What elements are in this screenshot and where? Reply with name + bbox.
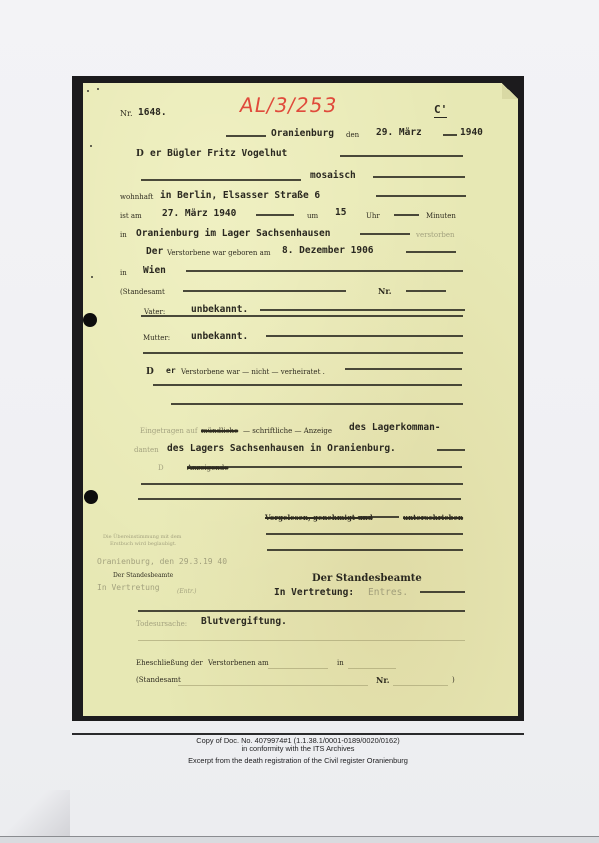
- father-value: unbekannt.: [191, 304, 248, 315]
- registration-year: 1940: [460, 127, 483, 138]
- attestation-struck: Vorgelesen, genehmigt und: [265, 513, 373, 522]
- anzeigende-prefix: D: [158, 464, 164, 472]
- minuten-label: Minuten: [426, 212, 456, 220]
- birth-date: 8. Dezember 1906: [282, 245, 374, 256]
- certification-line2: Erstbuch wird beglaubigt.: [110, 541, 176, 547]
- footer-conformity: in conformity with the ITS Archives: [72, 744, 524, 753]
- religion-value: mosaisch: [310, 170, 356, 181]
- certification-line1: Die Übereinstimmung mit dem: [103, 534, 181, 540]
- fill-line: [141, 179, 301, 181]
- fill-line: [443, 134, 457, 136]
- marriage-standesamt-label: (Standesamt: [136, 676, 181, 684]
- mother-label: Mutter:: [143, 334, 170, 342]
- birth-place: Wien: [143, 265, 166, 276]
- verstorben-label: verstorben: [416, 231, 455, 239]
- den-label: den: [346, 131, 359, 139]
- marriage-label2: Verstorbenen am: [208, 659, 269, 667]
- certification-signature: (Entr.): [177, 588, 196, 595]
- report-value-line2: des Lagers Sachsenhausen in Oranienburg.: [167, 443, 396, 454]
- death-date-label: ist am: [120, 212, 142, 220]
- fill-line: [394, 214, 419, 216]
- page-fold-shadow: [0, 790, 70, 836]
- fill-line: [256, 214, 294, 216]
- cause-of-death-value: Blutvergiftung.: [201, 616, 287, 627]
- paper-speck: [91, 276, 93, 278]
- fill-line: [141, 483, 463, 485]
- deputy-label: In Vertretung:: [274, 587, 354, 598]
- fill-line: [406, 290, 446, 292]
- marriage-in-label: in: [337, 659, 344, 667]
- fill-line: [267, 549, 463, 551]
- fill-line: [340, 155, 463, 157]
- folded-corner: [502, 83, 518, 99]
- birth-label: Verstorbene war geboren am: [167, 249, 270, 257]
- fill-line: [226, 135, 266, 137]
- number-label: Nr.: [120, 109, 133, 118]
- archive-reference-stamp: AL/3/253: [238, 93, 339, 117]
- fill-line: [266, 533, 463, 535]
- um-label: um: [307, 212, 318, 220]
- person-name: er Bügler Fritz Vogelhut: [150, 148, 287, 159]
- attestation-struck-end: unterschrieben: [403, 513, 463, 522]
- fill-line: [138, 498, 461, 500]
- fill-line: [373, 176, 465, 178]
- death-certificate-paper: Nr. 1648. AL/3/253 C' Oranienburg den 29…: [83, 83, 518, 716]
- fill-line: [348, 668, 396, 669]
- fill-line: [183, 290, 346, 292]
- footer-excerpt-description: Excerpt from the death registration of t…: [72, 756, 524, 765]
- marital-suffix: er: [166, 366, 176, 375]
- marriage-label: Eheschließung der: [136, 659, 203, 667]
- footer-divider: [72, 733, 524, 735]
- mother-value: unbekannt.: [191, 331, 248, 342]
- paper-speck: [97, 88, 99, 90]
- marriage-close-paren: ): [452, 676, 455, 684]
- marital-text: Verstorbene war — nicht — verheiratet .: [181, 368, 325, 376]
- register-number: 1648.: [138, 107, 167, 118]
- fill-line: [360, 233, 410, 235]
- fill-line: [437, 449, 465, 451]
- birth-place-in-label: in: [120, 269, 127, 277]
- uhr-label: Uhr: [366, 212, 380, 220]
- fill-line: [359, 516, 399, 518]
- certification-deputy: In Vertretung: [97, 583, 160, 592]
- death-date: 27. März 1940: [162, 208, 236, 219]
- report-struck-word: mündliche: [201, 427, 238, 435]
- death-place: Oranienburg im Lager Sachsenhausen: [136, 228, 330, 239]
- report-label-mid: — schriftliche — Anzeige: [243, 427, 332, 435]
- fill-line: [141, 315, 463, 317]
- fill-line: [153, 384, 462, 386]
- corner-mark: C': [434, 103, 447, 118]
- report-line2-prefix: danten: [134, 446, 159, 454]
- paper-speck: [90, 145, 92, 147]
- report-value-line1: des Lagerkomman-: [349, 422, 441, 433]
- fill-line: [406, 251, 456, 253]
- residence-label: wohnhaft: [120, 193, 153, 201]
- birth-nr-label: Nr.: [378, 286, 392, 296]
- fill-line: [376, 195, 466, 197]
- fill-line: [171, 403, 463, 405]
- death-hour: 15: [335, 207, 346, 218]
- deputy-signature: Entres.: [368, 587, 408, 598]
- fill-line: [138, 640, 465, 641]
- report-label-prefix: Eingetragen auf: [140, 427, 197, 435]
- paper-speck: [87, 90, 89, 92]
- registration-date: 29. März: [376, 127, 422, 138]
- birth-prefix: Der: [146, 246, 163, 257]
- cause-of-death-label: Todesursache:: [136, 620, 187, 628]
- fill-line: [268, 668, 328, 669]
- residence-value: in Berlin, Elsasser Straße 6: [160, 190, 320, 201]
- fill-line: [420, 591, 465, 593]
- marriage-nr-label: Nr.: [376, 675, 390, 685]
- registration-place: Oranienburg: [271, 128, 334, 139]
- certification-official: Der Standesbeamte: [113, 572, 173, 579]
- person-prefix: D: [136, 149, 144, 159]
- fill-line: [266, 335, 463, 337]
- registrar-title: Der Standesbeamte: [312, 573, 422, 584]
- marital-prefix: D: [146, 367, 154, 377]
- fill-line: [178, 685, 368, 686]
- fill-line: [260, 309, 465, 311]
- fill-line: [186, 270, 463, 272]
- fill-line: [143, 352, 463, 354]
- certification-place-date: Oranienburg, den 29.3.19 40: [97, 557, 227, 566]
- birth-standesamt-label: (Standesamt: [120, 288, 165, 296]
- punch-hole: [84, 490, 98, 504]
- fill-line: [393, 685, 448, 686]
- fill-line: [187, 466, 462, 468]
- page-bottom-edge: [0, 836, 599, 843]
- fill-line: [138, 610, 465, 612]
- fill-line: [345, 368, 462, 370]
- punch-hole: [83, 313, 97, 327]
- death-place-in-label: in: [120, 231, 127, 239]
